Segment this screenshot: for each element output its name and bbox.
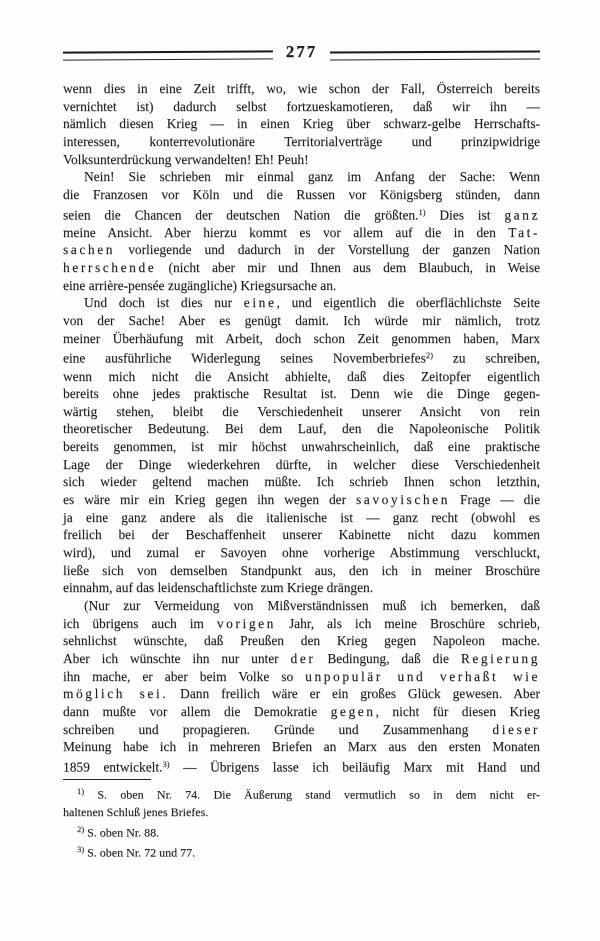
text-segment: Volksunterdrückung verwandelten! Eh! Peu… [63, 152, 309, 167]
text-line: einnahm, auf das leidenschaftlichste zum… [63, 579, 540, 597]
text-line: Lage der Dinge wiederkehren dürfte, in w… [63, 456, 540, 474]
text-line: meine Ansicht. Aber hierzu kommt es vor … [63, 224, 540, 242]
text-segment: Aber ich wünschte ihn nur unter [63, 651, 291, 666]
text-segment: eine arrière-pensée zugängliche) Kriegsu… [63, 278, 336, 293]
text-line: 2) S. oben Nr. 88. [63, 821, 540, 842]
text-segment: zu schreiben, [433, 351, 540, 366]
text-line: bereits genommen, ist mir höchst unwahrs… [63, 438, 540, 456]
text-segment: (Nur zur Vermeidung von Mißverständnisse… [84, 598, 540, 613]
text-line: 1) S. oben Nr. 74. Die Äußerung stand ve… [63, 783, 540, 804]
text-line: wenn mich nicht die Ansicht abhielte, da… [63, 368, 540, 386]
emphasized-text: möglich sei. [63, 686, 168, 701]
footnote-ref: 2) [426, 350, 433, 360]
text-line: (Nur zur Vermeidung von Mißverständnisse… [63, 597, 540, 615]
text-segment: die Franzosen vor Köln und die Russen vo… [63, 187, 540, 202]
text-line: interessen, konterrevolutionäre Territor… [63, 133, 540, 151]
text-segment: ihn mache, er aber beim Volke so [63, 669, 305, 684]
text-segment: schreiben und propagieren. Gründe und Zu… [63, 722, 492, 737]
text-segment: S. oben Nr. 88. [84, 825, 159, 839]
text-segment: 1859 entwickelt. [63, 759, 162, 774]
page-number: 277 [286, 42, 318, 62]
text-segment: von der Sache! Aber es genügt damit. Ich… [63, 313, 540, 328]
text-segment: Lage der Dinge wiederkehren dürfte, in w… [63, 457, 540, 472]
text-line: haltenen Schluß jenes Briefes. [63, 804, 540, 821]
text-segment: freilich bei der Beschaffenheit unserer … [63, 527, 540, 542]
text-line: Aber ich wünschte ihn nur unter der Bedi… [63, 650, 540, 668]
text-line: ihn mache, er aber beim Volke so unpopul… [63, 668, 540, 686]
emphasized-text: Regierung [461, 651, 540, 666]
header-rule-right [330, 50, 540, 60]
text-line: herrschende (nicht aber mir und Ihnen au… [63, 259, 540, 277]
text-segment: — Übrigens lasse ich beiläufig Marx mit … [170, 759, 540, 774]
text-segment: wenn mich nicht die Ansicht abhielte, da… [63, 369, 540, 384]
text-line: die Franzosen vor Köln und die Russen vo… [63, 186, 540, 204]
emphasized-text: herrschende [63, 260, 156, 275]
text-line: ja eine ganz andere als die italienische… [63, 509, 540, 527]
emphasized-text: sachen [63, 242, 115, 257]
header-rule-left [63, 50, 273, 60]
text-segment: ließe sich von demselben Standpunkt aus,… [63, 563, 540, 578]
text-line: von der Sache! Aber es genügt damit. Ich… [63, 312, 540, 330]
paragraph: 1) S. oben Nr. 74. Die Äußerung stand ve… [63, 783, 540, 821]
text-line: dann mußte vor allem die Demokratie gege… [63, 703, 540, 721]
text-segment: sehnlichst wünschte, daß Preußen den Kri… [63, 633, 540, 648]
text-segment: Bedingung, daß die [315, 651, 460, 666]
text-line: meiner Überhäufung mit Arbeit, doch scho… [63, 330, 540, 348]
text-segment: vernichtet ist) dadurch selbst fortzuesk… [63, 99, 540, 114]
text-segment: haltenen Schluß jenes Briefes. [63, 805, 208, 819]
text-segment: wärtig stehen, bleibt die Verschiedenhei… [63, 404, 540, 419]
text-segment: , nicht für diesen Krieg [376, 704, 540, 719]
text-segment: Nein! Sie schrieben mir einmal ganz im A… [84, 169, 540, 184]
footnote-ref: 3) [162, 759, 169, 769]
book-page: 277 wenn dies in eine Zeit trifft, wo, w… [0, 0, 600, 941]
text-segment: wenn dies in eine Zeit trifft, wo, wie s… [63, 81, 540, 96]
emphasized-text: ganz [504, 207, 540, 222]
text-segment: theoretischer Bedeutung. Bei dem Lauf, d… [63, 421, 540, 436]
text-segment: ja eine ganz andere als die italienische… [63, 510, 540, 525]
text-line: schreiben und propagieren. Gründe und Zu… [63, 721, 540, 739]
text-line: 3) S. oben Nr. 72 und 77. [63, 841, 540, 862]
footnote-ref: 1) [418, 207, 425, 217]
text-line: seien die Chancen der deutschen Nation d… [63, 204, 540, 224]
text-line: eine arrière-pensée zugängliche) Kriegsu… [63, 277, 540, 295]
text-line: sehnlichst wünschte, daß Preußen den Kri… [63, 632, 540, 650]
emphasized-text: Tat- [508, 225, 540, 240]
text-line: möglich sei. Dann freilich wäre er ein g… [63, 685, 540, 703]
text-segment: einnahm, auf das leidenschaftlichste zum… [63, 580, 373, 595]
text-line: eine ausführliche Widerlegung seines Nov… [63, 347, 540, 367]
text-segment: wird), und zumal er Savoyen ohne vorheri… [63, 545, 540, 560]
footnotes: 1) S. oben Nr. 74. Die Äußerung stand ve… [63, 783, 540, 862]
paragraph: Nein! Sie schrieben mir einmal ganz im A… [63, 168, 540, 294]
emphasized-text: dieser [492, 722, 540, 737]
text-segment: Und doch ist dies nur [84, 295, 244, 310]
text-segment: bereits genommen, ist mir höchst unwahrs… [63, 439, 540, 454]
text-segment: ich übrigens auch im [63, 616, 217, 631]
text-line: theoretischer Bedeutung. Bei dem Lauf, d… [63, 420, 540, 438]
text-segment: meine Ansicht. Aber hierzu kommt es vor … [63, 225, 508, 240]
text-segment: Jahr, als ich meine Broschüre schrieb, [276, 616, 540, 631]
text-line: nämlich diesen Krieg — in einen Krieg üb… [63, 115, 540, 133]
text-segment: Frage — die [450, 492, 540, 507]
text-line: freilich bei der Beschaffenheit unserer … [63, 526, 540, 544]
text-line: wenn dies in eine Zeit trifft, wo, wie s… [63, 80, 540, 98]
text-segment: dann mußte vor allem die Demokratie [63, 704, 331, 719]
text-segment: eine ausführliche Widerlegung seines Nov… [63, 351, 426, 366]
emphasized-text: savoyischen [356, 492, 450, 507]
text-segment: S. oben Nr. 72 und 77. [84, 846, 195, 860]
text-segment: , und eigentlich die oberflächlichste Se… [277, 295, 541, 310]
text-segment: sich wieder geltend machen müßte. Ich sc… [63, 474, 540, 489]
emphasized-text: gegen [331, 704, 376, 719]
paragraph: (Nur zur Vermeidung von Mißverständnisse… [63, 597, 540, 776]
text-segment: bereits ohne jedes praktische Resultat i… [63, 386, 540, 401]
emphasized-text: unpopulär und verhaßt wie [305, 669, 540, 684]
paragraph: Und doch ist dies nur eine, und eigentli… [63, 294, 540, 597]
emphasized-text: eine [244, 295, 277, 310]
text-line: Nein! Sie schrieben mir einmal ganz im A… [63, 168, 540, 186]
text-line: Und doch ist dies nur eine, und eigentli… [63, 294, 540, 312]
text-line: ließe sich von demselben Standpunkt aus,… [63, 562, 540, 580]
paragraph: 2) S. oben Nr. 88. [63, 821, 540, 842]
text-line: ich übrigens auch im vorigen Jahr, als i… [63, 615, 540, 633]
text-segment: seien die Chancen der deutschen Nation d… [63, 207, 418, 222]
text-segment: meiner Überhäufung mit Arbeit, doch scho… [63, 331, 540, 346]
text-line: sich wieder geltend machen müßte. Ich sc… [63, 473, 540, 491]
emphasized-text: vorigen [217, 616, 276, 631]
text-line: sachen vorliegende und dadurch in der Vo… [63, 241, 540, 259]
text-segment: Dann freilich wäre er ein großes Glück g… [168, 686, 540, 701]
text-segment: interessen, konterrevolutionäre Territor… [63, 134, 540, 149]
text-line: 1859 entwickelt.3) — Übrigens lasse ich … [63, 756, 540, 776]
page-header: 277 [63, 44, 540, 66]
text-line: bereits ohne jedes praktische Resultat i… [63, 385, 540, 403]
text-line: Meinung habe ich in mehreren Briefen an … [63, 738, 540, 756]
text-line: wärtig stehen, bleibt die Verschiedenhei… [63, 403, 540, 421]
emphasized-text: der [291, 651, 316, 666]
paragraph: 3) S. oben Nr. 72 und 77. [63, 841, 540, 862]
text-segment: Meinung habe ich in mehreren Briefen an … [63, 739, 540, 754]
text-line: wird), und zumal er Savoyen ohne vorheri… [63, 544, 540, 562]
page-content: 277 wenn dies in eine Zeit trifft, wo, w… [63, 44, 540, 862]
text-line: vernichtet ist) dadurch selbst fortzuesk… [63, 98, 540, 116]
text-segment: vorliegende und dadurch in der Vorstellu… [115, 242, 540, 257]
text-segment: nämlich diesen Krieg — in einen Krieg üb… [63, 116, 540, 131]
text-segment: es wäre mir ein Krieg gegen ihn wegen de… [63, 492, 356, 507]
text-line: es wäre mir ein Krieg gegen ihn wegen de… [63, 491, 540, 509]
text-segment: (nicht aber mir und Ihnen aus dem Blaubu… [156, 260, 540, 275]
text-segment: Dies ist [426, 207, 505, 222]
text-line: Volksunterdrückung verwandelten! Eh! Peu… [63, 151, 540, 169]
paragraph: wenn dies in eine Zeit trifft, wo, wie s… [63, 80, 540, 168]
footnote-separator [63, 779, 151, 780]
text-segment: S. oben Nr. 74. Die Äußerung stand vermu… [84, 788, 540, 802]
text-block: wenn dies in eine Zeit trifft, wo, wie s… [63, 80, 540, 776]
